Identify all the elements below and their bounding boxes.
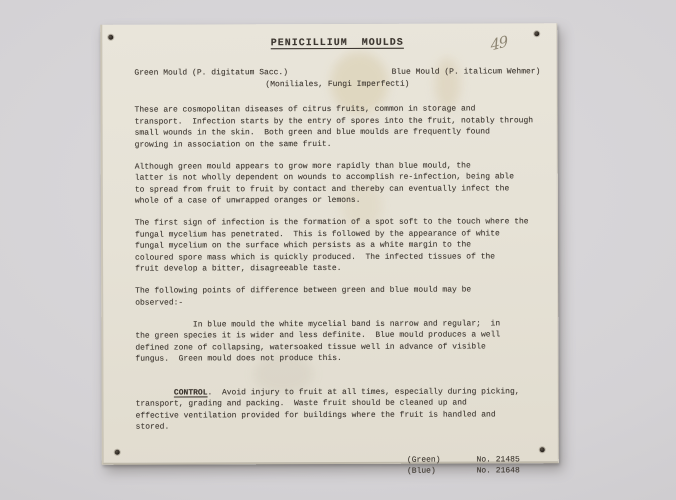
paragraph-introduction: These are cosmopolitan diseases of citru… xyxy=(135,103,541,150)
classification-line: (Moniliales, Fungi Imperfecti) xyxy=(134,78,540,91)
catalogue-colour-blue: (Blue) xyxy=(407,466,441,478)
specimen-label-card: 49 PENICILLIUM MOULDS Green Mould (P. di… xyxy=(100,23,559,465)
green-mould-name: Green Mould (P. digitatum Sacc.) xyxy=(134,67,288,79)
blue-mould-name: Blue Mould (P. italicum Wehmer) xyxy=(392,66,541,78)
paragraph-control: CONTROL. Avoid injury to fruit at all ti… xyxy=(135,374,541,444)
paragraph-infection-signs: The first sign of infection is the forma… xyxy=(135,216,541,275)
species-row: Green Mould (P. digitatum Sacc.) Blue Mo… xyxy=(134,66,540,79)
photo-background: 49 PENICILLIUM MOULDS Green Mould (P. di… xyxy=(0,0,676,500)
catalogue-number-green: No. 21485 xyxy=(477,454,520,466)
control-label: CONTROL xyxy=(174,388,208,397)
card-title: PENICILLIUM MOULDS xyxy=(134,37,540,50)
paragraph-growth: Although green mould appears to grow mor… xyxy=(135,160,541,207)
card-content: PENICILLIUM MOULDS Green Mould (P. digit… xyxy=(102,23,558,463)
paragraph-differences-detail: In blue mould the white mycelial band is… xyxy=(135,318,541,365)
catalogue-number-blue: No. 21648 xyxy=(477,465,520,477)
paragraph-differences-intro: The following points of difference betwe… xyxy=(135,284,541,308)
catalogue-numbers: (Green) No. 21485 (Blue) No. 21648 xyxy=(407,454,520,477)
catalogue-colour-green: (Green) xyxy=(407,454,441,466)
